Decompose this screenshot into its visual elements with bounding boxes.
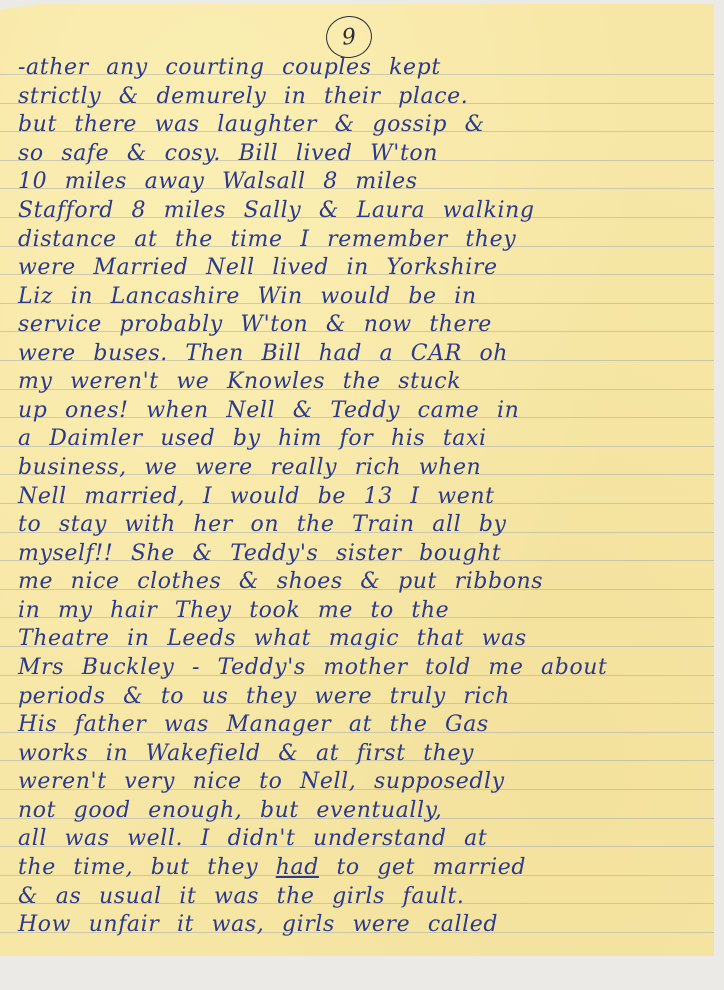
text-line: Stafford 8 miles Sally & Laura walking [18,197,708,225]
text-line: Theatre in Leeds what magic that was [18,625,708,653]
text-line: & as usual it was the girls fault. [18,883,708,911]
text-line: were buses. Then Bill had a CAR oh [18,340,708,368]
text-line: service probably W'ton & now there [18,311,708,339]
text-line: weren't very nice to Nell, supposedly [18,768,708,796]
underlined-word: had [276,855,319,880]
text-line: 10 miles away Walsall 8 miles [18,168,708,196]
text-line: -ather any courting couples kept [18,54,708,82]
text-line: so safe & cosy. Bill lived W'ton [18,140,708,168]
page-number-text: 9 [341,24,358,50]
text-line: myself!! She & Teddy's sister bought [18,540,708,568]
text-line: periods & to us they were truly rich [18,683,708,711]
text-line: to stay with her on the Train all by [18,511,708,539]
text-line: Liz in Lancashire Win would be in [18,283,708,311]
text-line: works in Wakefield & at first they [18,740,708,768]
text-line: were Married Nell lived in Yorkshire [18,254,708,282]
text-line: distance at the time I remember they [18,226,708,254]
text-line: but there was laughter & gossip & [18,111,708,139]
text-line: Nell married, I would be 13 I went [18,483,708,511]
text-line: a Daimler used by him for his taxi [18,425,708,453]
ruled-line [0,961,714,962]
text-line: His father was Manager at the Gas [18,711,708,739]
text-line: strictly & demurely in their place. [18,83,708,111]
text-line: How unfair it was, girls were called [18,911,708,939]
text-line: me nice clothes & shoes & put ribbons [18,568,708,596]
text-line: business, we were really rich when [18,454,708,482]
text-line: not good enough, but eventually, [18,797,708,825]
text-line: up ones! when Nell & Teddy came in [18,397,708,425]
handwritten-page: 9 -ather any courting couples kept stric… [0,4,714,956]
text-line: Mrs Buckley - Teddy's mother told me abo… [18,654,708,682]
text-line: my weren't we Knowles the stuck [18,368,708,396]
text-line: in my hair They took me to the [18,597,708,625]
text-line: the time, but they had to get married [18,854,708,882]
text-line: all was well. I didn't understand at [18,825,708,853]
